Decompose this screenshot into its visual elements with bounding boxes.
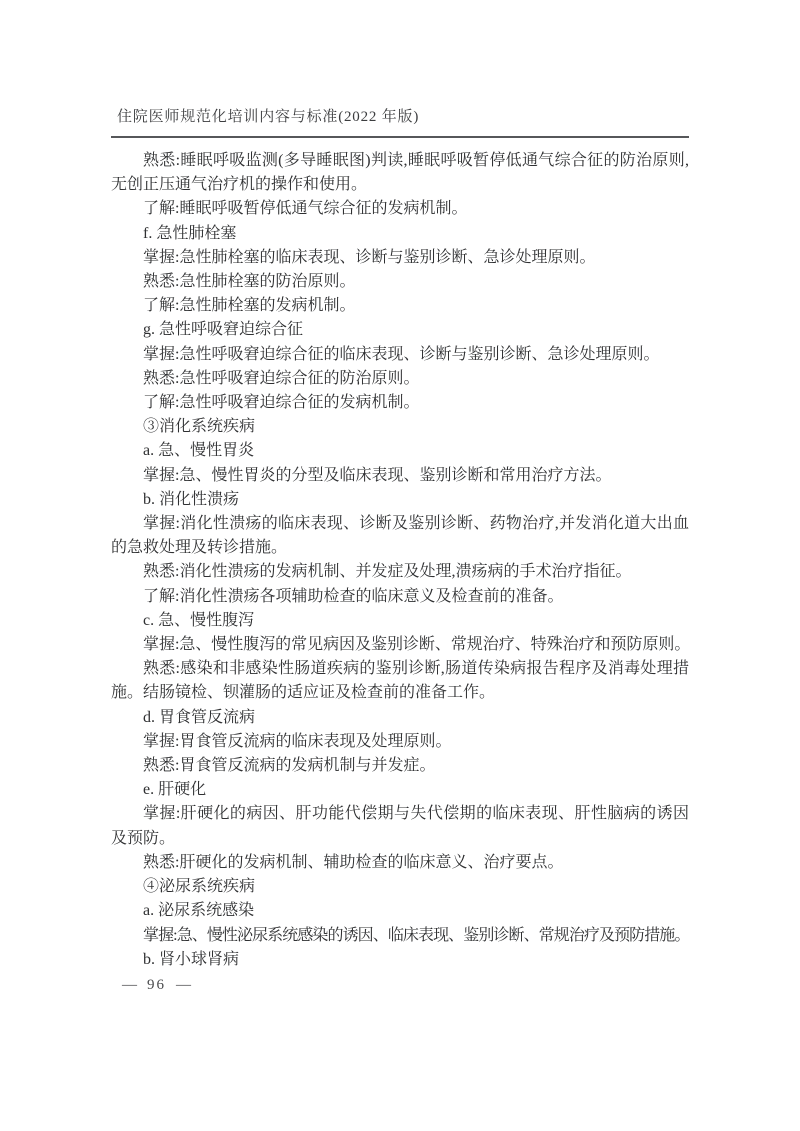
running-header: 住院医师规范化培训内容与标准(2022 年版) [111,106,689,128]
paragraph: 掌握:急、慢性腹泻的常见病因及鉴别诊断、常规治疗、特殊治疗和预防原则。 [111,633,689,657]
paragraph: 了解:睡眠呼吸暂停低通气综合征的发病机制。 [111,197,689,221]
paragraph: 熟悉:肝硬化的发病机制、辅助检查的临床意义、治疗要点。 [111,851,689,875]
paragraph: c. 急、慢性腹泻 [111,609,689,633]
paragraph: f. 急性肺栓塞 [111,222,689,246]
page-number: 96 [147,974,166,996]
paragraph: 掌握:肝硬化的病因、肝功能代偿期与失代偿期的临床表现、肝性脑病的诱因及预防。 [111,802,689,850]
paragraph: 掌握:急、慢性胃炎的分型及临床表现、鉴别诊断和常用治疗方法。 [111,464,689,488]
paragraph: 熟悉:睡眠呼吸监测(多导睡眠图)判读,睡眠呼吸暂停低通气综合征的防治原则,无创正… [111,149,689,197]
paragraph: 掌握:急性呼吸窘迫综合征的临床表现、诊断与鉴别诊断、急诊处理原则。 [111,343,689,367]
footer-dash-left: — [122,974,137,996]
paragraph: b. 肾小球肾病 [111,948,689,972]
paragraph: 掌握:胃食管反流病的临床表现及处理原则。 [111,730,689,754]
paragraph: 了解:消化性溃疡各项辅助检查的临床意义及检查前的准备。 [111,585,689,609]
paragraph: b. 消化性溃疡 [111,488,689,512]
header-rule [111,136,689,138]
paragraph: a. 急、慢性胃炎 [111,439,689,463]
paragraph: e. 肝硬化 [111,778,689,802]
paragraph: 了解:急性呼吸窘迫综合征的发病机制。 [111,391,689,415]
paragraph: 了解:急性肺栓塞的发病机制。 [111,294,689,318]
paragraph: 掌握:急性肺栓塞的临床表现、诊断与鉴别诊断、急诊处理原则。 [111,246,689,270]
paragraph: ④泌尿系统疾病 [111,875,689,899]
paragraph: a. 泌尿系统感染 [111,899,689,923]
paragraph: d. 胃食管反流病 [111,706,689,730]
paragraph: g. 急性呼吸窘迫综合征 [111,318,689,342]
paragraph: 掌握:急、慢性泌尿系统感染的诱因、临床表现、鉴别诊断、常规治疗及预防措施。 [111,924,689,948]
paragraph: 熟悉:急性肺栓塞的防治原则。 [111,270,689,294]
running-header-title: 住院医师规范化培训内容与标准(2022 年版) [117,109,419,125]
page-footer: —96— [122,974,191,996]
paragraph: 掌握:消化性溃疡的临床表现、诊断及鉴别诊断、药物治疗,并发消化道大出血的急救处理… [111,512,689,560]
paragraph: 熟悉:消化性溃疡的发病机制、并发症及处理,溃疡病的手术治疗指征。 [111,560,689,584]
footer-dash-right: — [176,974,191,996]
paragraph: 熟悉:感染和非感染性肠道疾病的鉴别诊断,肠道传染病报告程序及消毒处理措施。结肠镜… [111,657,689,705]
paragraph: ③消化系统疾病 [111,415,689,439]
page-content: 住院医师规范化培训内容与标准(2022 年版) 熟悉:睡眠呼吸监测(多导睡眠图)… [111,0,689,972]
document-page: 住院医师规范化培训内容与标准(2022 年版) 熟悉:睡眠呼吸监测(多导睡眠图)… [0,0,800,1131]
paragraph: 熟悉:胃食管反流病的发病机制与并发症。 [111,754,689,778]
paragraph: 熟悉:急性呼吸窘迫综合征的防治原则。 [111,367,689,391]
document-body: 熟悉:睡眠呼吸监测(多导睡眠图)判读,睡眠呼吸暂停低通气综合征的防治原则,无创正… [111,149,689,972]
